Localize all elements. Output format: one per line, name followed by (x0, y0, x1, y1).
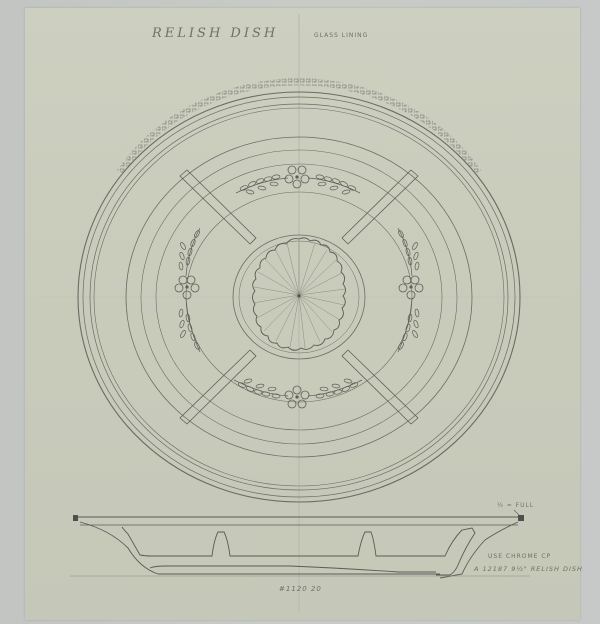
part-number: #1120 20 (279, 585, 322, 593)
flower-bottom (285, 386, 309, 408)
rim-bead-left (73, 515, 78, 521)
flower-right (399, 276, 423, 299)
drawing-title: RELISH DISH (152, 26, 278, 41)
floral-spray-left (175, 228, 201, 352)
annotation-line-1: USE CHROME CP (488, 553, 551, 560)
technical-drawing (0, 0, 600, 624)
flower-left (175, 276, 199, 299)
floral-spray-right (397, 228, 423, 352)
drawing-subtitle: GLASS LINING (314, 32, 368, 39)
annotation-line-2: A 12187 9½" RELISH DISH (474, 565, 583, 573)
scale-note: ¼ = FULL (497, 502, 534, 509)
rim-bead-right (518, 515, 524, 521)
section-view (70, 510, 530, 578)
flower-top (285, 166, 309, 188)
